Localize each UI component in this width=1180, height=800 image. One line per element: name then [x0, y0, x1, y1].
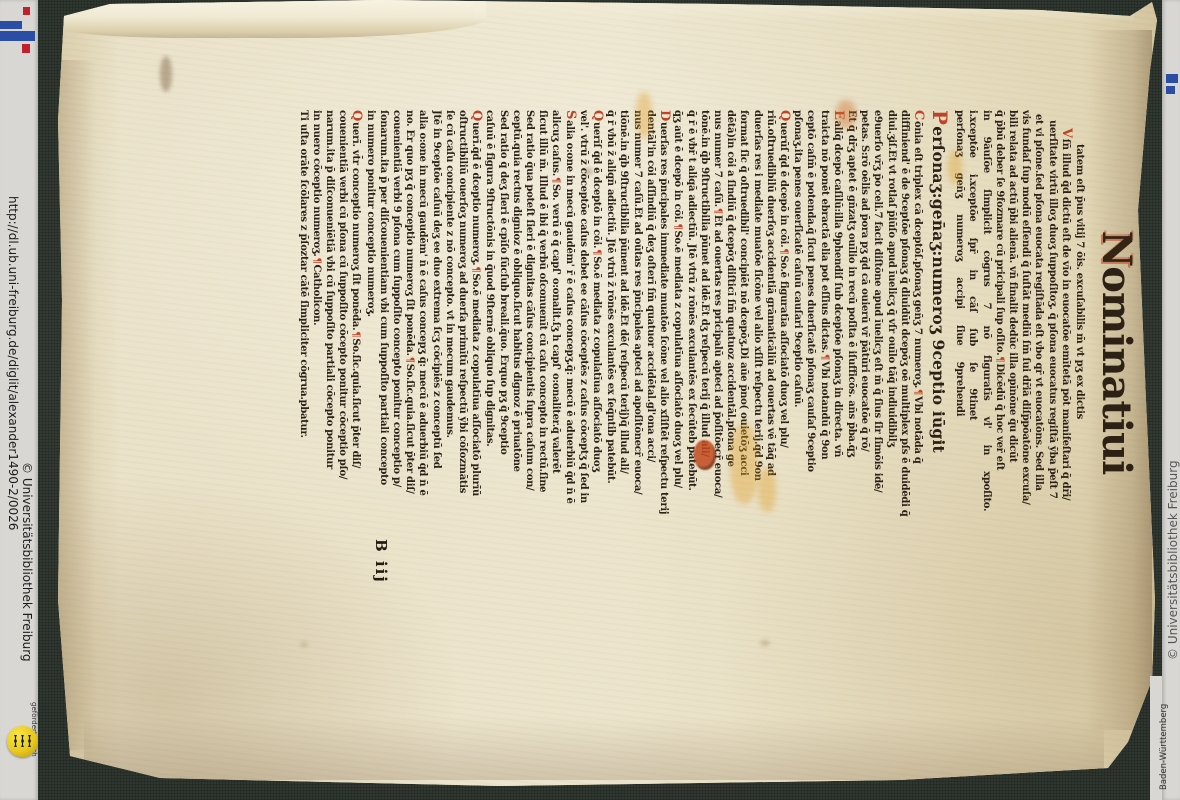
page-top-edge-highlight — [474, 2, 1134, 22]
page-edge-shadow-bottom — [84, 716, 1104, 780]
text-line: Querī. vt̄r conceptio numeroʒ ſit ponēda… — [349, 110, 363, 595]
text-line: Perſonaʒ:gen̄aʒ:numeroʒ 9ceptio iūgit — [925, 110, 953, 595]
text-line: q̄ p̄bū deber ſe 9fozmare cū pricipali ſ… — [993, 110, 1006, 595]
text-line: i.xceptōe i.xceptōe ſpr̄ in cāſ ſub ſe 9… — [966, 110, 979, 595]
text-line: Vſn̄ illud q̄d dictū eſt de vīo in euoca… — [1059, 110, 1073, 595]
text-block: tatem eſt p̄us vitij 7 ōis. excuſabilis … — [296, 109, 1086, 596]
text-line: petas. S:rō oēlis ad p̄ora pʒ q̄d cā oui… — [858, 110, 871, 595]
text-line: q̄ʒ aūt ē dcepō in cōi.¶So.ē mediata z c… — [671, 110, 684, 595]
text-line: diui.ʒiſ.Et vt rotlaſ p̄iūſo apud īuelic… — [884, 110, 897, 595]
text-line: tiōnē.in q̄b 9ſtructibilia p̄ūnent ad id… — [617, 110, 630, 595]
text-line: ceptū.quia rectus dignioz ē obliquo.ſicu… — [510, 110, 523, 595]
text-line: alia o:one in mecū gaudēm' n̄ ē caſus co… — [416, 110, 429, 595]
baden-wuerttemberg-caption: Baden-Württemberg — [1159, 704, 1169, 790]
logo-blue-bar-right-1 — [1166, 74, 1178, 83]
text-line: Et q̄ dr̄ʒ aptet ē gn̄zatʒ ouīlio in rec… — [845, 110, 858, 595]
text-line: bili relata ad actū p̄bi alienā. vn̄ fin… — [1006, 110, 1019, 595]
yellow-wash-mark — [758, 468, 776, 512]
text-line: caſuū ē figura 9ſtructōnis in q̄uod 9ſte… — [483, 110, 496, 595]
text-line: couenientiā verbi cū pſona cū ſuppoſito … — [336, 110, 349, 595]
red-paragraph-mark: ¶ — [912, 388, 923, 396]
yellow-wash-mark — [636, 92, 652, 138]
text-line: Jtē in 9ceptōe caſuū deʒ ee duo extrema … — [429, 110, 442, 595]
text-line: Querī.q̄d ē dceptio numeroʒ.¶So.ē mediat… — [469, 110, 483, 595]
page-curled-edge — [56, 0, 486, 38]
text-line: riū.oſtruedibilū duerſoʒ accidentiā grām… — [764, 110, 777, 595]
text-line: diffiniend' ē de 9ceptōe pſonaʒ q̄ diuid… — [898, 110, 911, 595]
rotated-content-area: Nominatiui tatem eſt p̄us vitij 7 ōis. e… — [240, 95, 1140, 582]
quire-signature: B iij — [372, 539, 390, 584]
text-line: Duerſas res p̄ncipales immediate muatōe … — [657, 110, 671, 595]
text-line: format ſic q̄ oſtruedibil' concipiēt nō … — [737, 110, 750, 595]
text-line: Ti uſta orāte ſcōlares z p̄ſoztar cātē ſ… — [296, 110, 309, 595]
logo-red-square-bottom — [22, 44, 30, 53]
copyright-caption-left: © Universitätsbibliothek Freiburg — [20, 462, 34, 662]
text-line: Ealiq̄ dcepō caſilū:illa 9phendiſ ſub dc… — [831, 110, 845, 595]
text-line: nus numer 7 caſū.Et ad oūtas res p̄ncipa… — [631, 110, 644, 595]
red-paragraph-mark: ¶ — [672, 222, 683, 230]
red-paragraph-mark: ¶ — [550, 176, 561, 184]
text-line: tōnē.in q̄b 9ſtructibilia p̄ūnet ad idē.… — [698, 110, 711, 595]
page-stain — [584, 168, 593, 175]
text-line: Sed ratio q̄ deʒ ſieri ē cpīſo ſūcſub br… — [496, 110, 509, 595]
text-line: in 9āuſōe ſimplicit̄ cōgrus 7 nō figurat… — [979, 110, 992, 595]
red-lombard-initial: V — [1059, 128, 1073, 139]
text-line: pſonaʒ.ita penes ouerſicatē caſuū cauſar… — [791, 110, 804, 595]
scanner-strip-right — [1162, 0, 1180, 800]
text-line: Salia o:one in mecū gaudēm' r̄ ē caſus c… — [562, 110, 576, 595]
page-stain — [760, 640, 770, 646]
red-paragraph-mark: ¶ — [994, 355, 1005, 363]
logo-blue-bar-long — [0, 31, 35, 41]
text-line: no. Er quo pʒ q̄ conceptio numeroʒ ſit p… — [403, 110, 416, 595]
logo-red-square-top — [23, 7, 30, 15]
text-line: Querīſ q̄d ē dceptō in cōi.¶So.ē mediata… — [590, 110, 604, 595]
red-lombard-initial: Q — [469, 110, 483, 122]
red-lombard-initial: P — [928, 110, 952, 126]
page-stain — [160, 56, 172, 92]
text-line: nus numer 7 caſū.¶Et ad ouertas res pric… — [711, 110, 724, 595]
text-line: q̄ r̄ vbū z̄ aliqn̄ adiectiū. Jtē vtrū z… — [604, 110, 617, 595]
red-paragraph-mark: ¶ — [404, 356, 415, 364]
text-line: et vi pſone.ſed pſona euocata regiſtāda … — [1032, 110, 1045, 595]
baden-wuerttemberg-coat-of-arms — [7, 726, 38, 757]
text-line: oſtructibiliū ouerſoʒ numeroʒ ad duerſa … — [456, 110, 469, 595]
orange-wash-mark — [836, 100, 856, 128]
red-paragraph-mark: ¶ — [350, 330, 361, 338]
text-line: duerſas res i mediate muatōe ſicōne vel … — [750, 110, 763, 595]
red-lombard-initial: Q — [349, 110, 363, 122]
red-paragraph-mark: ¶ — [470, 265, 481, 273]
logo-blue-bar-right-2 — [1166, 86, 1175, 94]
ornate-initial: N — [1093, 231, 1140, 267]
red-paragraph-mark: ¶ — [819, 353, 830, 361]
red-paragraph-mark: ¶ — [778, 247, 789, 255]
copyright-caption-right: © Universitätsbibliothek Freiburg — [1166, 460, 1180, 660]
text-line: Querūſ q̄d ē dcepō in cōi.¶So.ē figuratī… — [777, 110, 791, 595]
text-line: dentāl'in cōi aſſindiū q̄ deʒ oſterī ſm̄… — [644, 110, 657, 595]
text-line: couenientiā verbi 9 pſona cum ſuppoſito … — [390, 110, 403, 595]
text-line: vis fundaſ ſup modū eſſendi q̄ ſuſtāt me… — [1019, 110, 1032, 595]
yellow-wash-mark — [730, 424, 758, 504]
red-paragraph-mark: ¶ — [591, 248, 602, 256]
red-paragraph-mark: ¶ — [712, 207, 723, 215]
text-line: ceptō caſm̄ ē potenda.q̄ ſicut penes due… — [804, 110, 817, 595]
text-line: Cōnia eſt triplex cā dceptōſ.pſonaʒ gen̄… — [911, 110, 925, 595]
page-stain — [300, 642, 308, 647]
text-line: in nuero cōceptio numeroʒ.¶Catholicon. — [310, 110, 323, 595]
red-lombard-initial: Q — [777, 110, 791, 122]
running-title: Nominatiui — [1090, 109, 1140, 596]
text-line: in numero ponitur conceptio numeroʒ. — [363, 110, 376, 595]
text-line: uerſitate virtū illoʒ duoʒ ſuppoſitoʒ. q… — [1045, 110, 1058, 595]
text-line: ſonarum.ita p̄ per diſcouenientiam vb̄i … — [377, 110, 390, 595]
text-line: e9uerſo vr̄ʒ p̄o celi.7 facit diſtōne ap… — [871, 110, 884, 595]
red-lombard-initial: Q — [590, 110, 604, 122]
text-line: ſicut illū m̄. Illud ē ibi q̄ verbū oſco… — [536, 110, 549, 595]
red-lombard-initial: S — [563, 110, 577, 120]
text-line: Sed ratio q̄ua poteſt ſieri ē dignitas c… — [523, 110, 536, 595]
red-lombard-initial-blob — [694, 440, 716, 470]
yellow-wash-mark — [948, 150, 962, 184]
red-paragraph-mark: ¶ — [311, 256, 322, 264]
page-edge-shadow-left — [56, 60, 96, 750]
source-url-caption: http://dl.ub.uni-freiburg.de/diglit/alex… — [6, 196, 20, 530]
text-line: alicuʒ caſus.¶So. verū ē q̄ capſ' o:onal… — [549, 110, 562, 595]
red-lombard-initial: D — [657, 110, 671, 122]
text-line: dētā)in cōi a ſindiū q̄ dcepōʒ diſticī ſ… — [724, 110, 737, 595]
text-line: traicta nō ponēt ebractā elia pot eſſius… — [817, 110, 830, 595]
text-line: vel'. vtrū z̄ cōceptōe caſus debet ee cā… — [577, 110, 590, 595]
text-line: tatem eſt p̄us vitij 7 ōis. excuſabilis … — [1073, 110, 1086, 595]
printed-text-upright: Nominatiui tatem eſt p̄us vitij 7 ōis. e… — [240, 109, 1140, 596]
text-line: narum.ita p̄ diſconueniētiā vb̄i cū ſupp… — [323, 110, 336, 595]
logo-blue-bar-short — [0, 21, 22, 29]
text-line: q̄ r̄ ē vbr̄ t aliqā adiectīū. Jtē vtrū … — [684, 110, 697, 595]
scanner-strip-left: http://dl.ub.uni-freiburg.de/diglit/alex… — [0, 0, 38, 800]
red-lombard-initial: C — [911, 110, 925, 121]
three-lions-icon — [7, 726, 38, 757]
digitized-book-photo: { "frame": { "left_strip": { "url": "htt… — [0, 0, 1180, 800]
text-line: ſe cū caſu concipiente z nō concepto. vt… — [443, 110, 456, 595]
